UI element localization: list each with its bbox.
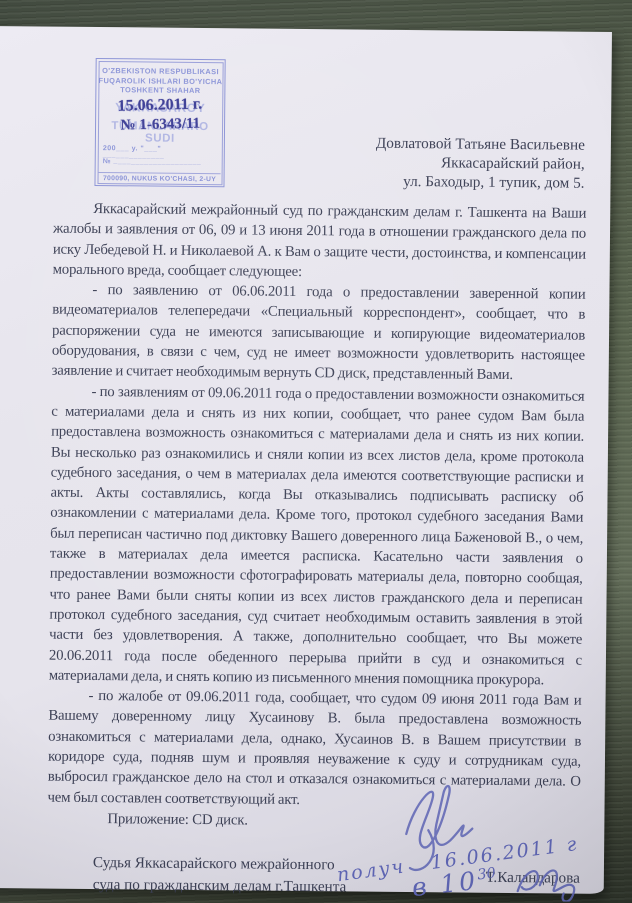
received-time-superscript: 30 [477,865,497,883]
body-paragraph: - по заявлению от 06.06.2011 года о пред… [52,280,586,387]
recipient-block: Довлатовой Татьяне Васильевне Яккасарайс… [354,133,585,192]
stamp-case-number: № 1-6343/11 [96,114,224,136]
judge-title-line: суда по гражданским делам г.Ташкента [93,874,347,898]
body-paragraph: Яккасарайский межрайонный суд по граждан… [53,199,587,285]
stamp-org-line: FUQAROLIK ISHLARI BO'YICHA [96,76,224,87]
recipient-address: ул. Баходыр, 1 тупик, дом 5. [354,171,584,192]
recipient-name: Довлатовой Татьяне Васильевне [355,133,585,154]
photo-background: O'ZBEKISTON RESPUBLIKASI FUQAROLIK ISHLA… [0,0,632,903]
judge-title: Судья Яккасарайского межрайонного суда п… [93,852,347,897]
stamp-date-number: 15.06.2011 г. № 1-6343/11 [96,94,225,136]
judge-title-line: Судья Яккасарайского межрайонного [93,852,347,876]
letter-body: Яккасарайский межрайонный суд по граждан… [48,199,587,813]
stamp-blank-number-line: № ____________________ [103,158,219,166]
recipient-signature-scribble [514,859,584,902]
recipient-district: Яккасарайский район, [355,152,585,173]
court-stamp: O'ZBEKISTON RESPUBLIKASI FUQAROLIK ISHLA… [94,58,225,187]
stamp-address: 700090, NUKUS KO'CHASI, 2-UY [99,172,221,183]
stamp-org-lines: O'ZBEKISTON RESPUBLIKASI FUQAROLIK ISHLA… [96,66,224,96]
paper-sheet: O'ZBEKISTON RESPUBLIKASI FUQAROLIK ISHLA… [0,26,612,894]
body-paragraph: - по заявлениям от 09.06.2011 года о пре… [49,381,585,691]
